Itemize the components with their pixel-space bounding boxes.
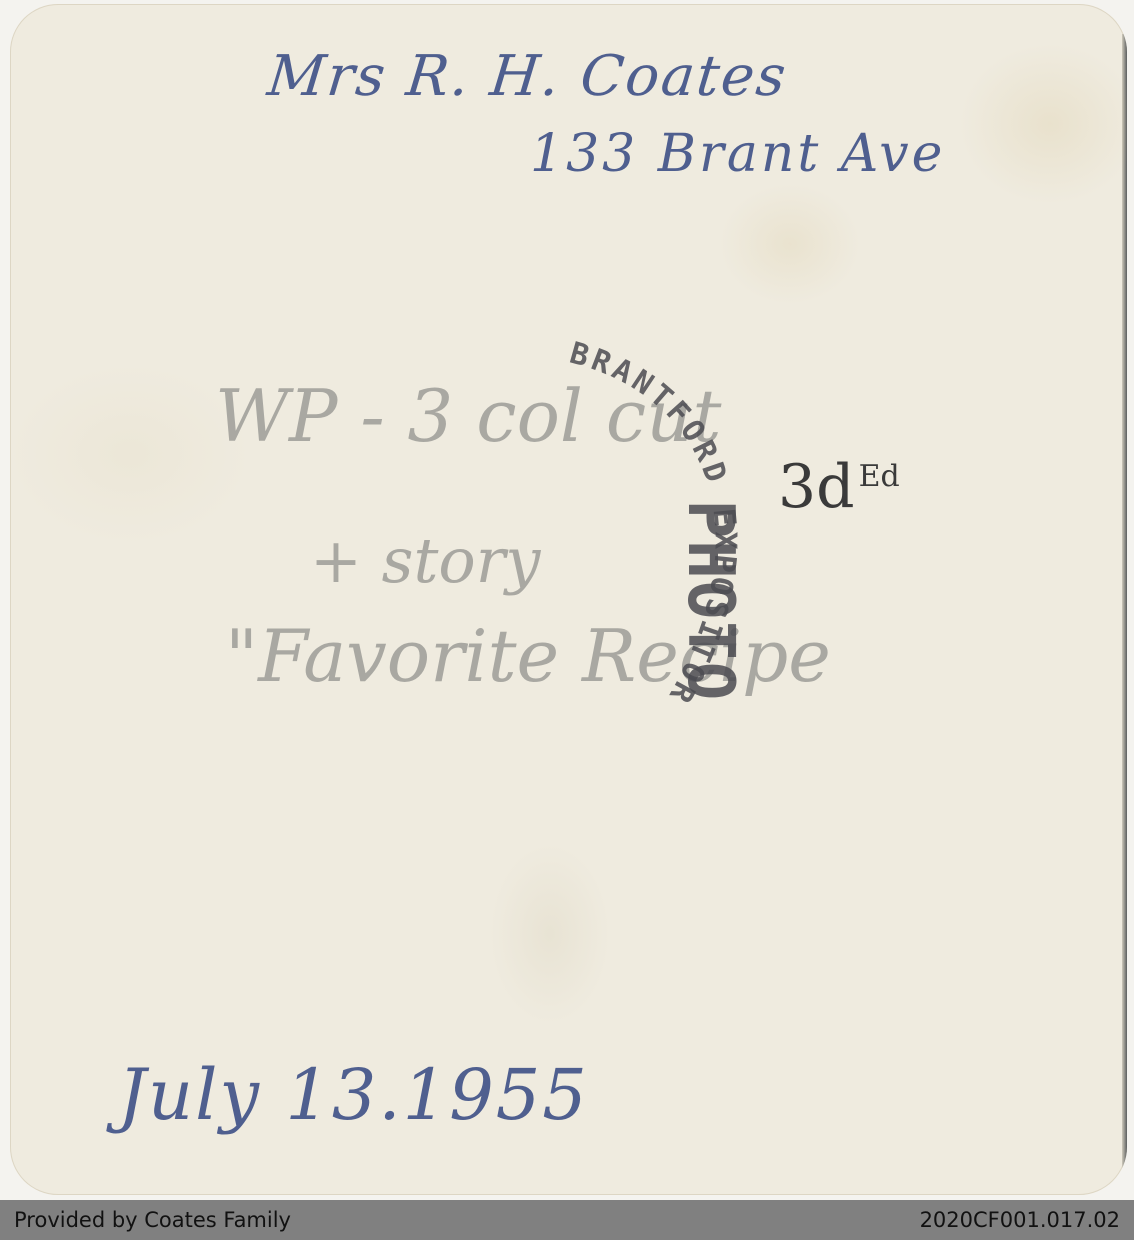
caption-bar: Provided by Coates Family 2020CF001.017.… bbox=[0, 1200, 1134, 1240]
edition-note-superscript: Ed bbox=[859, 459, 900, 494]
handwritten-date: July 13.1955 bbox=[118, 1054, 589, 1136]
accession-number: 2020CF001.017.02 bbox=[920, 1208, 1120, 1232]
credit-text: Provided by Coates Family bbox=[14, 1208, 291, 1232]
scanned-image: Mrs R. H. Coates 133 Brant Ave WP - 3 co… bbox=[0, 0, 1134, 1200]
pencil-note-line-2: + story bbox=[310, 524, 540, 597]
stamp-photo-text: PHOTO bbox=[673, 431, 747, 771]
photo-card-back: Mrs R. H. Coates 133 Brant Ave WP - 3 co… bbox=[10, 4, 1127, 1195]
handwritten-name: Mrs R. H. Coates bbox=[265, 44, 791, 109]
card-edge-shadow bbox=[1122, 34, 1127, 1184]
handwritten-address: 133 Brant Ave bbox=[530, 124, 945, 184]
